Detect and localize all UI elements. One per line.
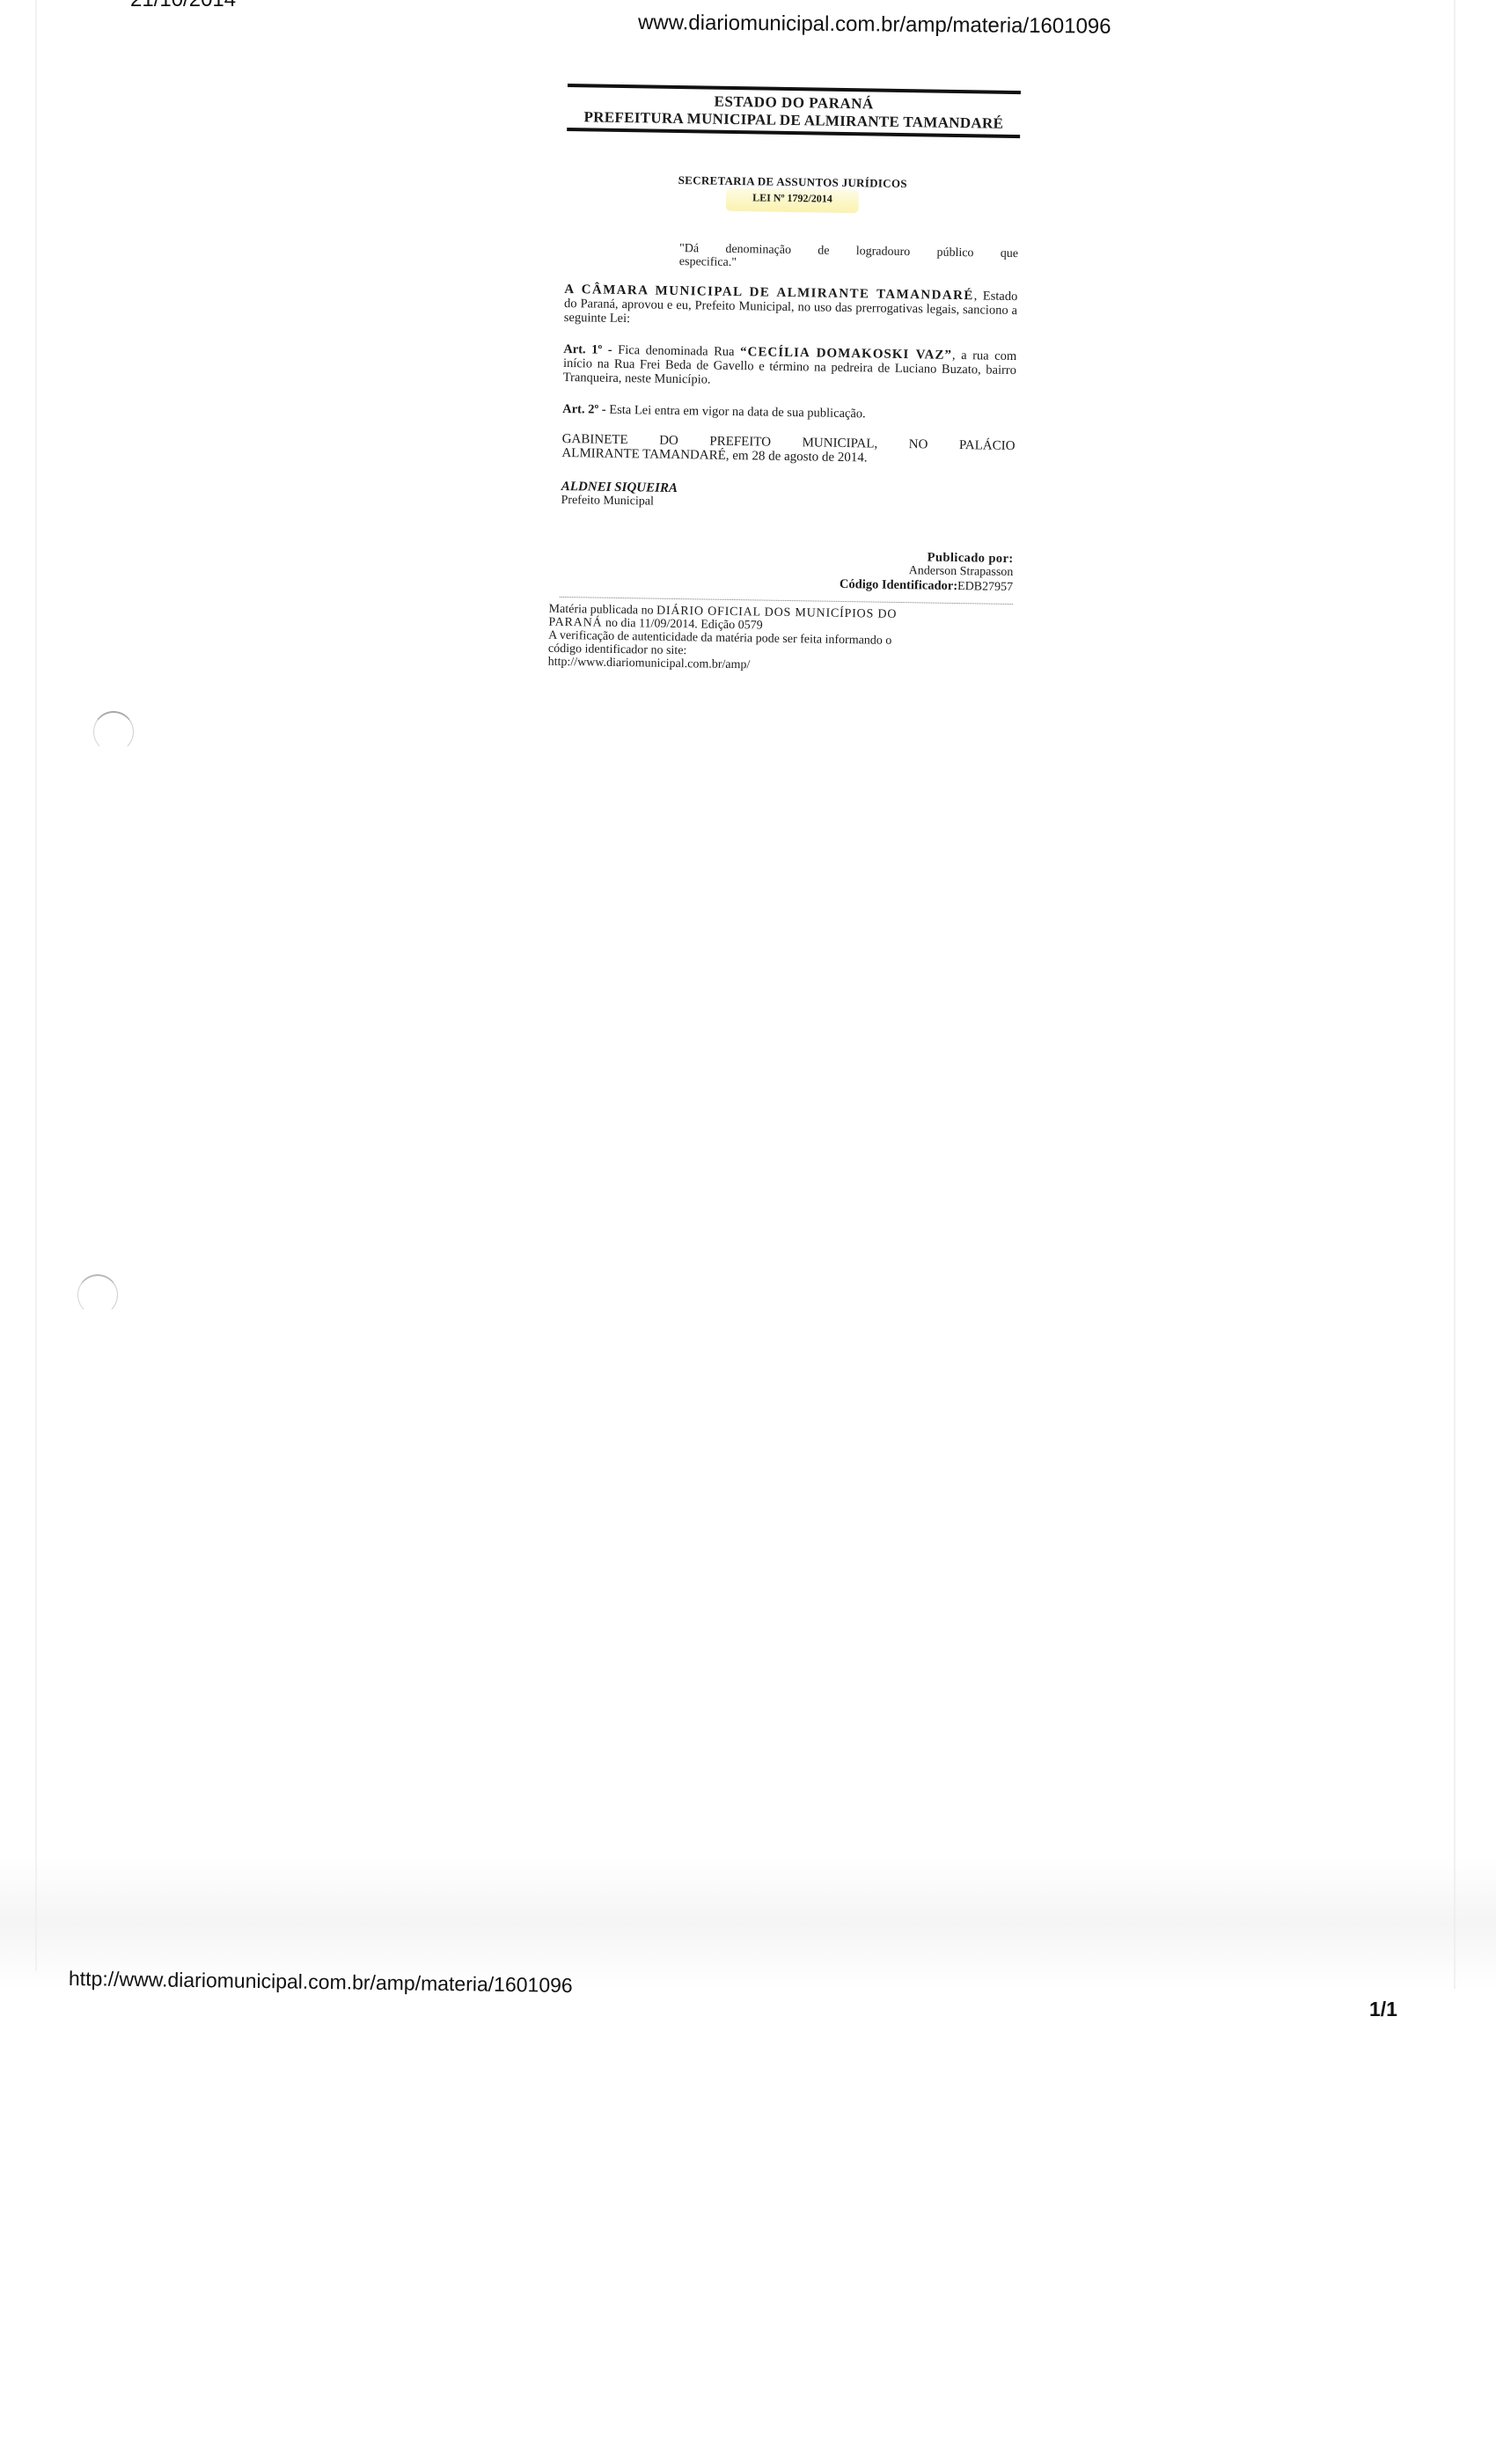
publication-note: Matéria publicada no DIÁRIO OFICIAL DOS … <box>548 603 1013 676</box>
article-label: Art. 2º - <box>562 402 606 417</box>
word: "Dá <box>679 242 699 255</box>
preamble: A CÂMARA MUNICIPAL DE ALMIRANTE TAMANDAR… <box>564 282 1018 332</box>
word: público <box>936 246 973 260</box>
word: NO <box>909 437 928 451</box>
scan-edge <box>1454 0 1456 1989</box>
print-header-url: www.diariomunicipal.com.br/amp/materia/1… <box>638 11 1111 40</box>
gazette-document: ESTADO DO PARANÁ PREFEITURA MUNICIPAL DE… <box>559 84 1021 676</box>
punch-hole-icon <box>93 711 134 752</box>
note-gazette-name: PARANÁ <box>548 616 602 630</box>
closing-statement: GABINETEDOPREFEITOMUNICIPAL,NOPALÁCIO AL… <box>561 432 1015 467</box>
print-date: 21/10/2014 <box>130 0 236 12</box>
punch-hole-icon <box>77 1274 118 1316</box>
law-number-highlight: LEI Nº 1792/2014 <box>726 188 859 213</box>
word: PREFEITO <box>709 435 771 450</box>
article-text: Esta Lei entra em vigor na data de sua p… <box>606 403 866 422</box>
article-1: Art. 1º - Fica denominada Rua “CECÍLIA D… <box>563 342 1017 392</box>
word: que <box>1001 247 1018 260</box>
scan-edge <box>35 0 37 1971</box>
code-value: EDB27957 <box>957 580 1013 594</box>
publication-info: Publicado por: Anderson Strapasson Códig… <box>560 545 1014 595</box>
article-2: Art. 2º - Esta Lei entra em vigor na dat… <box>562 402 1016 423</box>
word: GABINETE <box>562 432 628 447</box>
word: logradouro <box>856 245 911 259</box>
word: PALÁCIO <box>959 438 1016 453</box>
word: denominação <box>725 243 791 257</box>
word: de <box>818 244 829 257</box>
word: DO <box>659 434 678 448</box>
word: MUNICIPAL, <box>802 436 877 451</box>
print-page-number: 1/1 <box>1369 1998 1397 2021</box>
law-summary: "Dádenominaçãodelogradouropúblicoque esp… <box>679 242 1018 274</box>
article-label: Art. 1º - <box>563 342 612 357</box>
document-header: ESTADO DO PARANÁ PREFEITURA MUNICIPAL DE… <box>567 87 1021 135</box>
code-label: Código Identificador: <box>840 577 957 593</box>
